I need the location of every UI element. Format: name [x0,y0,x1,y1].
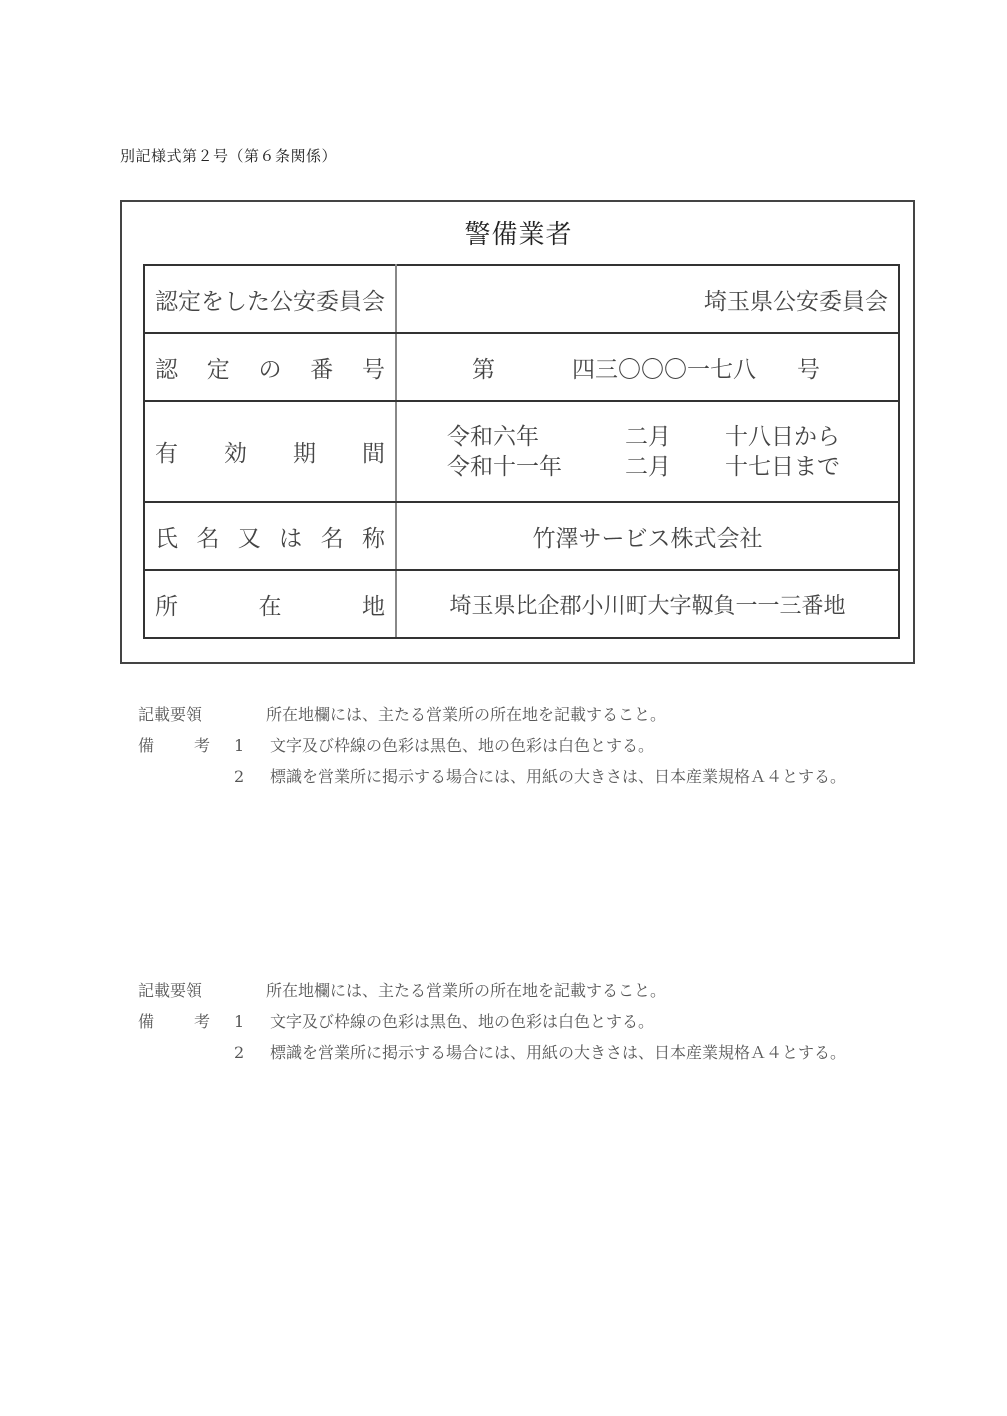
label-char: 氏 [155,520,178,553]
label-char: 考 [194,730,210,761]
table-row-address: 所 在 地 埼玉県比企郡小川町大字靱負一一三番地 [144,570,899,638]
remark-text: 標識を営業所に掲示する場合には、用紙の大きさは、日本産業規格Ａ４とする。 [270,1037,846,1068]
notes-block-1: 記載要領 所在地欄には、主たる営業所の所在地を記載すること。 備 考 1 文字及… [138,699,846,792]
table-row-validity: 有 効 期 間 令和六年 二月 十八日から 令和十一年 二月 十七日まで [144,401,899,502]
notes-block-2: 記載要領 所在地欄には、主たる営業所の所在地を記載すること。 備 考 1 文字及… [138,975,846,1068]
table-row-commission: 認定をした公安委員会 埼玉県公安委員会 [144,265,899,333]
label-commission: 認定をした公安委員会 [144,265,396,333]
label-char: 認 [155,351,178,384]
label-char: 考 [194,1006,210,1037]
label-char: 称 [362,520,385,553]
label-char: 名 [196,520,219,553]
label-validity: 有 効 期 間 [144,401,396,502]
value-validity: 令和六年 二月 十八日から 令和十一年 二月 十七日まで [396,401,899,502]
label-char: は [279,520,302,553]
label-char: 地 [362,588,385,621]
to-year: 令和十一年 [447,452,625,482]
label-char: 号 [362,351,385,384]
instructions-label: 記載要領 [138,699,266,730]
table-row-cert-number: 認 定 の 番 号 第 四三〇〇〇一七八 号 [144,333,899,401]
value-cert-number: 第 四三〇〇〇一七八 号 [396,333,899,401]
cert-suffix: 号 [797,351,820,384]
label-char: 備 [138,730,154,761]
label-char: 間 [362,435,385,468]
from-day: 十八日から [725,422,840,452]
from-year: 令和六年 [447,422,625,452]
remark-number: 2 [234,1037,266,1068]
to-day: 十七日まで [725,452,840,482]
label-char: 効 [224,435,247,468]
sign-title: 警備業者 [120,214,917,251]
remark-number: 1 [234,730,266,761]
label-char: 在 [259,588,282,621]
label-name: 氏 名 又 は 名 称 [144,502,396,570]
remark-text: 標識を営業所に掲示する場合には、用紙の大きさは、日本産業規格Ａ４とする。 [270,761,846,792]
label-cert-number: 認 定 の 番 号 [144,333,396,401]
label-char: 期 [293,435,316,468]
cert-prefix: 第 [472,351,572,384]
from-month: 二月 [625,422,725,452]
remarks-label: 備 考 [138,730,210,761]
validity-to: 令和十一年 二月 十七日まで [447,452,888,482]
instructions-text: 所在地欄には、主たる営業所の所在地を記載すること。 [266,699,666,730]
instructions-text: 所在地欄には、主たる営業所の所在地を記載すること。 [266,975,666,1006]
sign-table: 認定をした公安委員会 埼玉県公安委員会 認 定 の 番 号 第 四三〇〇〇一七八… [143,264,900,639]
label-char: の [259,351,282,384]
remarks-label: 備 考 [138,1006,210,1037]
value-name: 竹澤サービス株式会社 [396,502,899,570]
value-address: 埼玉県比企郡小川町大字靱負一一三番地 [396,570,899,638]
label-char: 名 [321,520,344,553]
value-commission: 埼玉県公安委員会 [396,265,899,333]
remark-number: 1 [234,1006,266,1037]
instructions-label: 記載要領 [138,975,266,1006]
cert-number: 四三〇〇〇一七八 [572,351,797,384]
to-month: 二月 [625,452,725,482]
table-row-name: 氏 名 又 は 名 称 竹澤サービス株式会社 [144,502,899,570]
remark-text: 文字及び枠線の色彩は黒色、地の色彩は白色とする。 [270,1006,654,1037]
label-char: 又 [238,520,261,553]
remark-text: 文字及び枠線の色彩は黒色、地の色彩は白色とする。 [270,730,654,761]
label-char: 所 [155,588,178,621]
form-number-label: 別記様式第２号（第６条関係） [120,145,337,166]
validity-from: 令和六年 二月 十八日から [447,422,888,452]
label-address: 所 在 地 [144,570,396,638]
label-char: 有 [155,435,178,468]
label-char: 定 [207,351,230,384]
remark-number: 2 [234,761,266,792]
label-char: 備 [138,1006,154,1037]
label-char: 番 [310,351,333,384]
